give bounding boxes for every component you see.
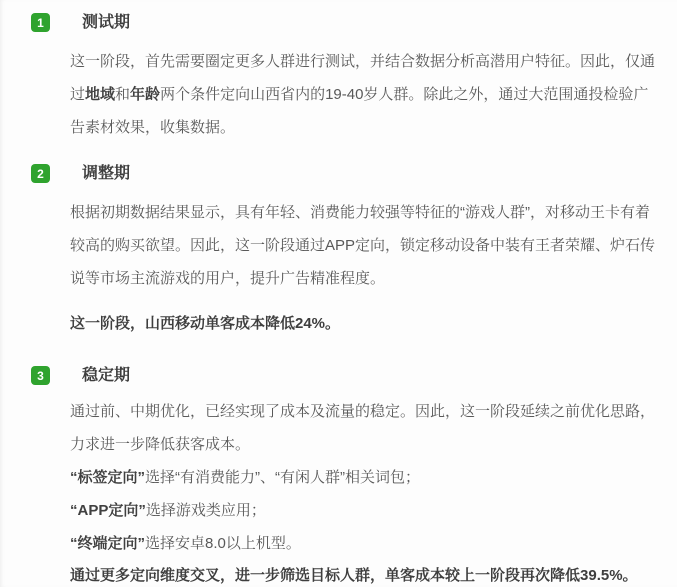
list-item: “标签定向”选择“有消费能力”、“有闲人群”相关词包； xyxy=(70,461,660,494)
targeting-text: 选择安卓8.0以上机型。 xyxy=(145,535,301,552)
text-segment-bold: 地域 xyxy=(85,86,115,103)
text-segment: 和 xyxy=(115,86,130,103)
phase-title: 稳定期 xyxy=(82,365,130,387)
phase-header: 3 稳定期 xyxy=(70,365,660,387)
targeting-label: “APP定向” xyxy=(70,502,146,519)
targeting-text: 选择“有消费能力”、“有闲人群”相关词包； xyxy=(145,469,420,486)
list-item: “终端定向”选择安卓8.0以上机型。 xyxy=(70,527,660,560)
phase-paragraph: 这一阶段，首先需要圈定更多人群进行测试，并结合数据分析高潜用户特征。因此，仅通过… xyxy=(70,45,660,144)
phase-number-badge: 2 xyxy=(31,164,50,183)
section-test-phase: 1 测试期 这一阶段，首先需要圈定更多人群进行测试，并结合数据分析高潜用户特征。… xyxy=(70,12,660,144)
phase-result-summary: 通过更多定向维度交叉，进一步筛选目标人群，单客成本较上一阶段再次降低39.5%。 xyxy=(70,564,660,587)
targeting-rule-list: “标签定向”选择“有消费能力”、“有闲人群”相关词包； “APP定向”选择游戏类… xyxy=(70,461,660,560)
section-stable-phase: 3 稳定期 通过前、中期优化，已经实现了成本及流量的稳定。因此，这一阶段延续之前… xyxy=(70,365,660,587)
phase-header: 1 测试期 xyxy=(70,12,660,34)
phase-title: 测试期 xyxy=(82,12,130,34)
phase-number-badge: 3 xyxy=(31,366,50,385)
case-study-article: 1 测试期 这一阶段，首先需要圈定更多人群进行测试，并结合数据分析高潜用户特征。… xyxy=(0,0,677,587)
text-segment-bold: 年龄 xyxy=(130,86,160,103)
list-item: “APP定向”选择游戏类应用； xyxy=(70,494,660,527)
targeting-label: “标签定向” xyxy=(70,469,145,486)
targeting-text: 选择游戏类应用； xyxy=(146,502,266,519)
phase-paragraph: 根据初期数据结果显示，具有年轻、消费能力较强等特征的“游戏人群”，对移动王卡有着… xyxy=(70,196,660,295)
phase-paragraph: 通过前、中期优化，已经实现了成本及流量的稳定。因此，这一阶段延续之前优化思路，力… xyxy=(70,395,660,461)
phase-number-badge: 1 xyxy=(31,13,50,32)
section-adjust-phase: 2 调整期 根据初期数据结果显示，具有年轻、消费能力较强等特征的“游戏人群”，对… xyxy=(70,163,660,340)
phase-title: 调整期 xyxy=(82,163,130,185)
phase-header: 2 调整期 xyxy=(70,163,660,185)
targeting-label: “终端定向” xyxy=(70,535,145,552)
phase-result-summary: 这一阶段，山西移动单客成本降低24%。 xyxy=(70,307,660,340)
